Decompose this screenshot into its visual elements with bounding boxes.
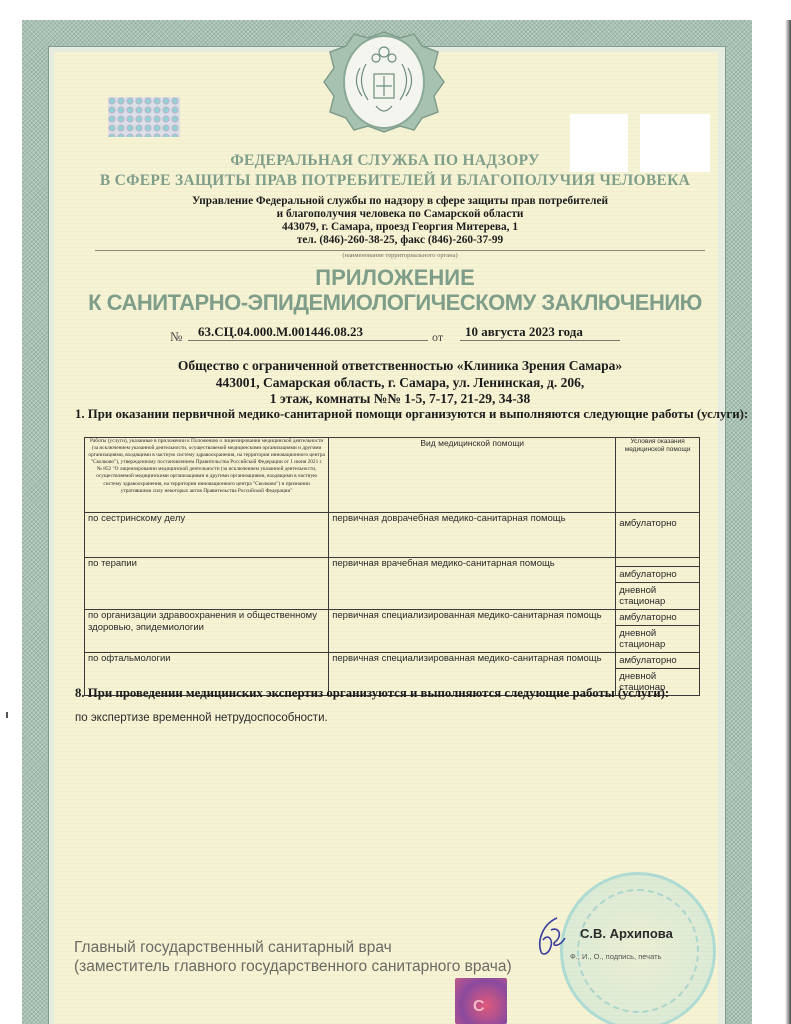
document-number: 63.СЦ.04.000.М.001446.08.23 [198,324,363,340]
agency-title-line1: ФЕДЕРАЛЬНАЯ СЛУЖБА ПО НАДЗОРУ [60,152,710,170]
kind-cell: первичная специализированная медико-сани… [329,610,616,653]
department-phone: тел. (846)-260-38-25, факс (846)-260-37-… [150,234,650,247]
coat-of-arms-icon [322,30,446,134]
services-table: Работы (услуги), указанные в приложении … [84,437,700,696]
department-line: Управление Федеральной службы по надзору… [150,195,650,208]
divider [95,250,705,251]
organization-address: 443001, Самарская область, г. Самара, ул… [120,375,680,392]
section8-heading: 8. При проведении медицинских экспертиз … [75,686,669,701]
condition-value: амбулаторно [616,610,699,626]
signer-name: С.В. Архипова [580,926,673,941]
hologram-sticker: С [455,978,507,1024]
department-line: и благополучия человека по Самарской обл… [150,208,650,221]
divider [188,340,428,341]
column-header-works: Работы (услуги), указанные в приложении … [85,438,329,513]
condition-value: амбулаторно [616,566,699,583]
condition-cell: амбулаторно дневной стационар [616,558,700,610]
document-date: 10 августа 2023 года [465,324,583,340]
table-row: по сестринскому делу первичная доврачебн… [85,513,700,558]
signature-icon [533,916,573,958]
hologram-letter: С [473,998,485,1016]
table-header-row: Работы (услуги), указанные в приложении … [85,438,700,513]
table-row: по терапии первичная врачебная медико-са… [85,558,700,610]
margin-mark [6,712,8,718]
condition-cell: амбулаторно дневной стационар [616,610,700,653]
condition-value: дневной стационар [616,583,699,609]
document-subtitle: К САНИТАРНО-ЭПИДЕМИОЛОГИЧЕСКОМУ ЗАКЛЮЧЕН… [60,290,730,316]
organization-rooms: 1 этаж, комнаты №№ 1-5, 7-17, 21-29, 34-… [120,391,680,408]
scan-edge [785,20,791,1024]
date-label: от [432,330,443,345]
work-cell: по терапии [85,558,329,610]
column-header-kind: Вид медицинской помощи [329,438,616,513]
signer-position: Главный государственный санитарный врач … [74,938,512,976]
section1-heading: 1. При оказании первичной медико-санитар… [75,407,748,422]
security-hologram-patch [108,97,180,137]
condition-value: дневной стационар [616,626,699,652]
signer-position-line1: Главный государственный санитарный врач [74,938,512,957]
department-caption: (наименование территориального органа) [95,252,705,259]
document-title: ПРИЛОЖЕНИЕ [60,265,730,291]
number-label: № [170,329,182,345]
signer-caption: Ф., И., О., подпись, печать [570,952,661,961]
condition-cell: амбулаторно [616,513,700,558]
kind-cell: первичная доврачебная медико-санитарная … [329,513,616,558]
organization-name: Общество с ограниченной ответственностью… [120,358,680,375]
work-cell: по сестринскому делу [85,513,329,558]
agency-title-line2: В СФЕРЕ ЗАЩИТЫ ПРАВ ПОТРЕБИТЕЛЕЙ И БЛАГО… [85,172,705,190]
table-row: по организации здравоохранения и обществ… [85,610,700,653]
divider [460,340,620,341]
department-address: 443079, г. Самара, проезд Георгия Митере… [150,221,650,234]
signer-position-line2: (заместитель главного государственного с… [74,957,512,976]
work-cell: по организации здравоохранения и обществ… [85,610,329,653]
organization-block: Общество с ограниченной ответственностью… [120,358,680,408]
condition-value: амбулаторно [619,513,696,529]
kind-cell: первичная врачебная медико-санитарная по… [329,558,616,610]
condition-value: амбулаторно [616,653,699,669]
section8-item: по экспертизе временной нетрудоспособнос… [75,712,328,724]
column-header-conditions: Условия оказания медицинской помощи [616,438,700,513]
department-block: Управление Федеральной службы по надзору… [150,195,650,247]
official-stamp [560,872,716,1024]
document-number-row: № 63.СЦ.04.000.М.001446.08.23 от 10 авгу… [170,322,620,346]
